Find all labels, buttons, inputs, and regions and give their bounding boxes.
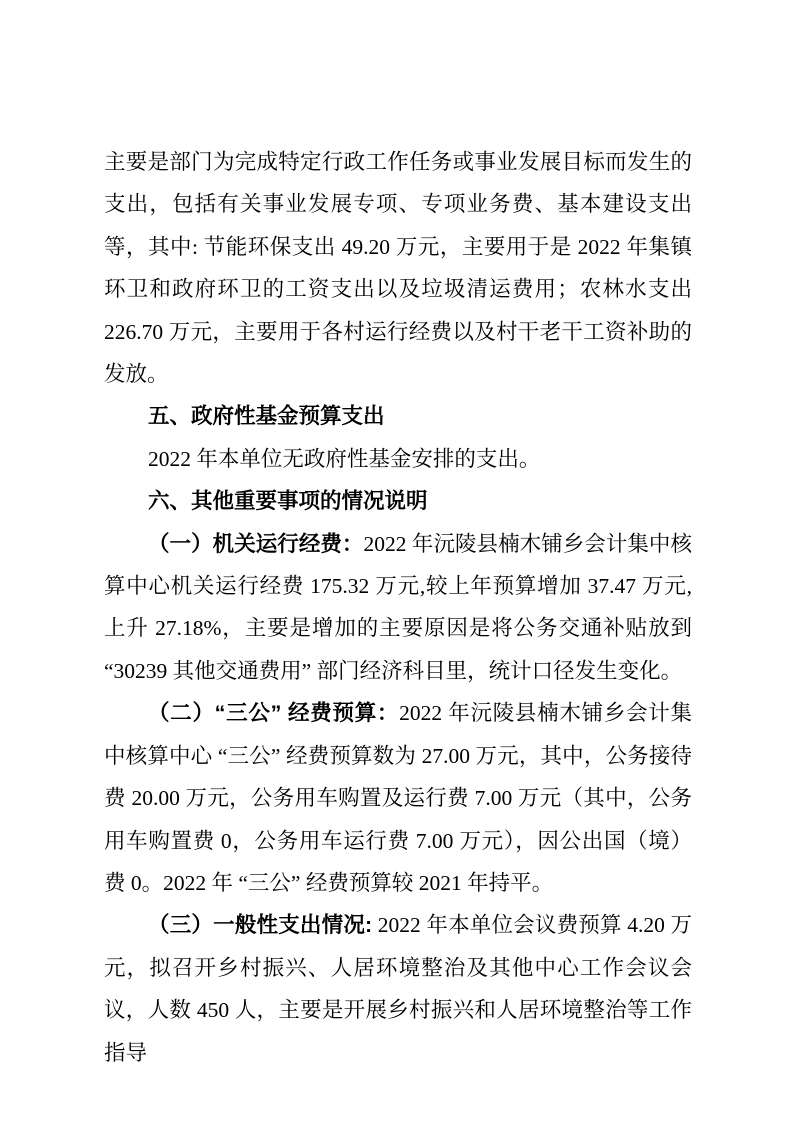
document-content: 主要是部门为完成特定行政工作任务或事业发展目标而发生的支出，包括有关事业发展专项…	[104, 141, 692, 1074]
paragraph: 2022 年本单位无政府性基金安排的支出。	[104, 438, 692, 480]
paragraph: （二）“三公” 经费预算：2022 年沅陵县楠木铺乡会计集中核算中心 “三公” …	[104, 692, 692, 904]
paragraph: （三）一般性支出情况: 2022 年本单位会议费预算 4.20 万元，拟召开乡村…	[104, 904, 692, 1074]
paragraph: （一）机关运行经费：2022 年沅陵县楠木铺乡会计集中核算中心机关运行经费 17…	[104, 523, 692, 693]
document-page: 主要是部门为完成特定行政工作任务或事业发展目标而发生的支出，包括有关事业发展专项…	[0, 0, 793, 1122]
paragraph-lead: （三）一般性支出情况:	[148, 913, 372, 937]
paragraph-lead: （一）机关运行经费：	[148, 532, 363, 556]
section-heading: 六、其他重要事项的情况说明	[104, 480, 692, 522]
section-heading: 五、政府性基金预算支出	[104, 395, 692, 437]
paragraph-text: 2022 年沅陵县楠木铺乡会计集中核算中心 “三公” 经费预算数为 27.00 …	[104, 701, 692, 895]
paragraph-lead: （二）“三公” 经费预算：	[148, 701, 399, 725]
paragraph: 主要是部门为完成特定行政工作任务或事业发展目标而发生的支出，包括有关事业发展专项…	[104, 141, 692, 395]
